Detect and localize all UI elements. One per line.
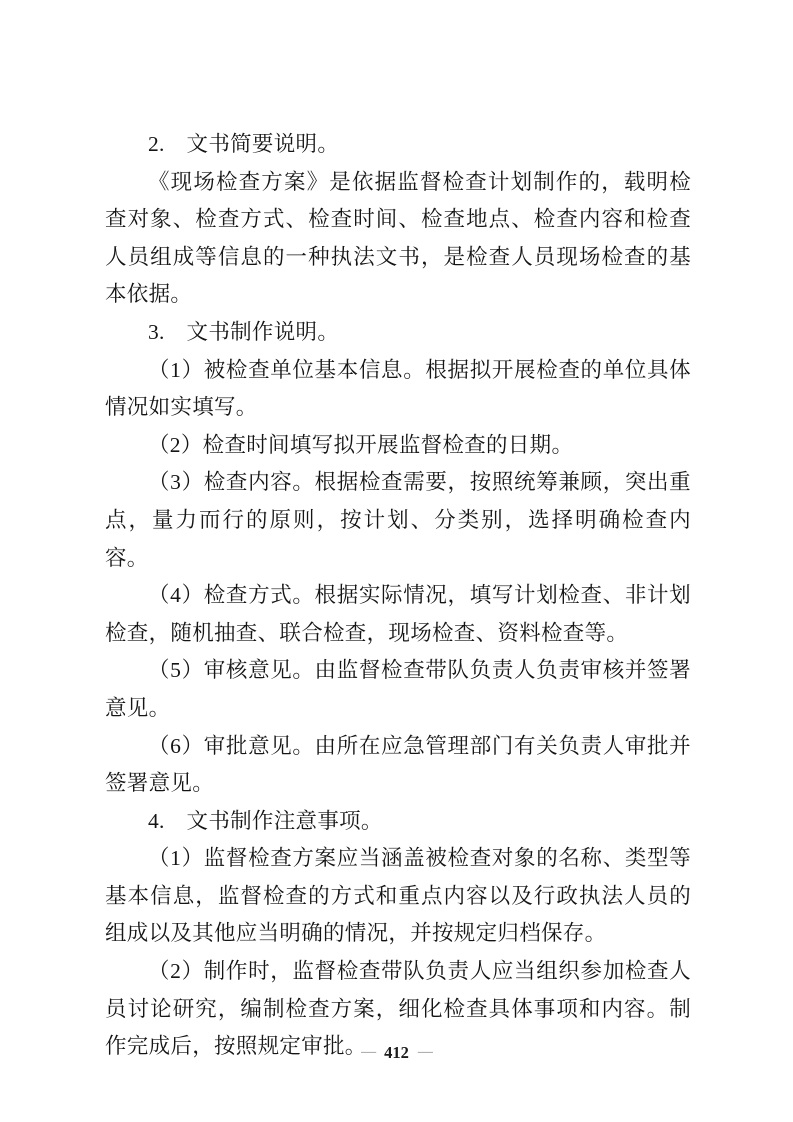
document-body: 2. 文书简要说明。 《现场检查方案》是依据监督检查计划制作的，载明检查对象、检… bbox=[105, 126, 691, 1066]
paragraph: 《现场检查方案》是依据监督检查计划制作的，载明检查对象、检查方式、检查时间、检查… bbox=[105, 164, 691, 314]
paragraph: （1）监督检查方案应当涵盖被检查对象的名称、类型等基本信息，监督检查的方式和重点… bbox=[105, 840, 691, 953]
page-number: 412 bbox=[384, 1043, 409, 1062]
heading-3-production-notes: 3. 文书制作说明。 bbox=[105, 314, 691, 352]
paragraph: （6）审批意见。由所在应急管理部门有关负责人审批并签署意见。 bbox=[105, 728, 691, 803]
footer-dash-right: — bbox=[418, 1044, 432, 1060]
document-page: 2. 文书简要说明。 《现场检查方案》是依据监督检查计划制作的，载明检查对象、检… bbox=[0, 0, 793, 1122]
paragraph: （4）检查方式。根据实际情况，填写计划检查、非计划检查，随机抽查、联合检查，现场… bbox=[105, 577, 691, 652]
paragraph: （3）检查内容。根据检查需要，按照统筹兼顾，突出重点，量力而行的原则，按计划、分… bbox=[105, 464, 691, 577]
paragraph: （2）检查时间填写拟开展监督检查的日期。 bbox=[105, 427, 691, 465]
footer-dash-left: — bbox=[361, 1044, 375, 1060]
heading-2-brief-description: 2. 文书简要说明。 bbox=[105, 126, 691, 164]
paragraph: （5）审核意见。由监督检查带队负责人负责审核并签署意见。 bbox=[105, 652, 691, 727]
heading-4-production-cautions: 4. 文书制作注意事项。 bbox=[105, 803, 691, 841]
paragraph: （1）被检查单位基本信息。根据拟开展检查的单位具体情况如实填写。 bbox=[105, 352, 691, 427]
page-footer: —412— bbox=[0, 1042, 793, 1065]
